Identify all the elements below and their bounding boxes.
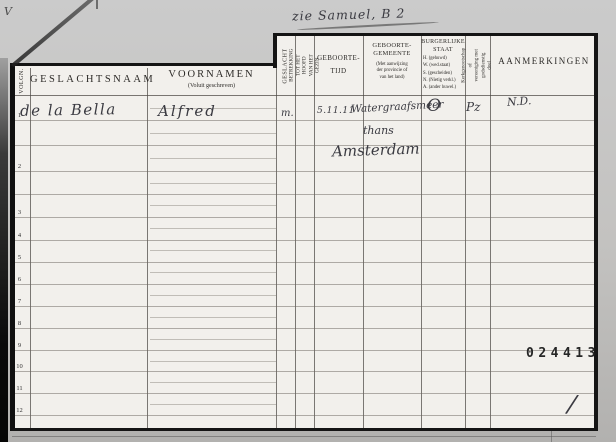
row-line — [15, 217, 594, 218]
column-line — [490, 36, 491, 428]
row-line — [15, 371, 594, 372]
row-line — [15, 284, 594, 285]
column-line — [421, 36, 422, 428]
row-line — [15, 350, 594, 351]
row-line — [15, 262, 594, 263]
header-volgnr: VOLGN. — [13, 66, 31, 96]
header-kerkgenootschap: Kerkgenootschap of vereeniging met godsd… — [465, 36, 490, 95]
header-burgerlijke-staat-legend: H. (gehuwd) W. (wed.staat) S. (gescheide… — [423, 55, 465, 91]
header-geboortegemeente: GEBOORTE- GEMEENTE — [363, 42, 421, 59]
row-number: 4 — [11, 232, 28, 239]
entry-kerkgenootschap: Pz — [466, 100, 480, 114]
header-geslachtsnaam: GESLACHTSNAAM — [30, 74, 147, 85]
voornamen-mid-line — [150, 250, 276, 251]
row-line — [15, 171, 594, 172]
row-number: 6 — [11, 276, 28, 283]
row-line — [15, 328, 594, 329]
row-number: 9 — [11, 342, 28, 349]
voornamen-mid-line — [150, 317, 276, 318]
scanned-register-card: V zie Samuel, B 2 VOLGN. GESLACHTSNAAM V… — [0, 0, 616, 442]
row-line — [15, 145, 594, 146]
voornamen-mid-line — [150, 133, 276, 134]
header-geboortetijd: GEBOORTE- TIJD — [314, 52, 363, 79]
voornamen-mid-line — [150, 158, 276, 159]
entry-aanmerkingen: N.D. — [507, 94, 532, 109]
card-edge-line — [12, 436, 596, 437]
voornamen-mid-line — [150, 205, 276, 206]
entry-geboortegemeente-amsterdam: Amsterdam — [332, 139, 420, 160]
row-number: 5 — [11, 254, 28, 261]
voornamen-mid-line — [150, 361, 276, 362]
row-number: 11 — [11, 385, 28, 392]
row-number: 7 — [11, 298, 28, 305]
header-voornamen: VOORNAMEN — [147, 69, 276, 80]
check-mark-v: V — [4, 5, 12, 18]
header-burgerlijke-staat: BURGERLIJKE STAAT — [421, 39, 465, 54]
card-top-border — [10, 63, 277, 66]
entry-geboortetijd: 5.11.11 — [317, 106, 355, 116]
cancellation-stroke — [11, 0, 94, 67]
row-number: 12 — [11, 407, 28, 414]
row-line — [15, 393, 594, 394]
entry-geslacht: m. — [281, 108, 294, 119]
column-line — [363, 36, 364, 428]
column-line — [314, 36, 315, 428]
voornamen-mid-line — [150, 404, 276, 405]
stamp-number: 024413 — [526, 346, 600, 361]
voornamen-mid-line — [150, 339, 276, 340]
column-line — [276, 68, 277, 428]
row-line — [15, 306, 594, 307]
entry-geboortegemeente-thans: thans — [363, 124, 394, 137]
voornamen-mid-line — [150, 228, 276, 229]
entry-burgerlijke-staat: O — [427, 96, 441, 116]
row-line — [15, 120, 594, 121]
column-line — [30, 68, 31, 428]
row-line — [15, 194, 594, 195]
entry-voornamen: Alfred — [158, 102, 217, 120]
header-geboortegemeente-sub: (Met aanwijzing der provincie of van het… — [363, 62, 421, 81]
voornamen-mid-line — [150, 272, 276, 273]
header-voornamen-sub: (Voluit geschreven) — [147, 83, 276, 89]
column-line — [147, 68, 148, 428]
header-aanmerkingen: AANMERKINGEN — [494, 56, 594, 66]
voornamen-mid-line — [150, 183, 276, 184]
row-number: 10 — [11, 363, 28, 370]
row-number: 3 — [11, 209, 28, 216]
scan-shadow-left — [0, 58, 8, 442]
voornamen-mid-line — [150, 382, 276, 383]
row-number: 2 — [11, 163, 28, 170]
row-line — [15, 415, 594, 416]
header-betrekking: BETREKKING TOT HET HOOFD VAN HET GEZIN — [295, 36, 314, 95]
row-number: 8 — [11, 320, 28, 327]
scan-mark-top — [96, 0, 98, 9]
handwritten-top-note: zie Samuel, B 2 — [292, 6, 406, 24]
row-line — [15, 240, 594, 241]
entry-geslachtsnaam: de la Bella — [20, 100, 117, 120]
voornamen-mid-line — [150, 295, 276, 296]
